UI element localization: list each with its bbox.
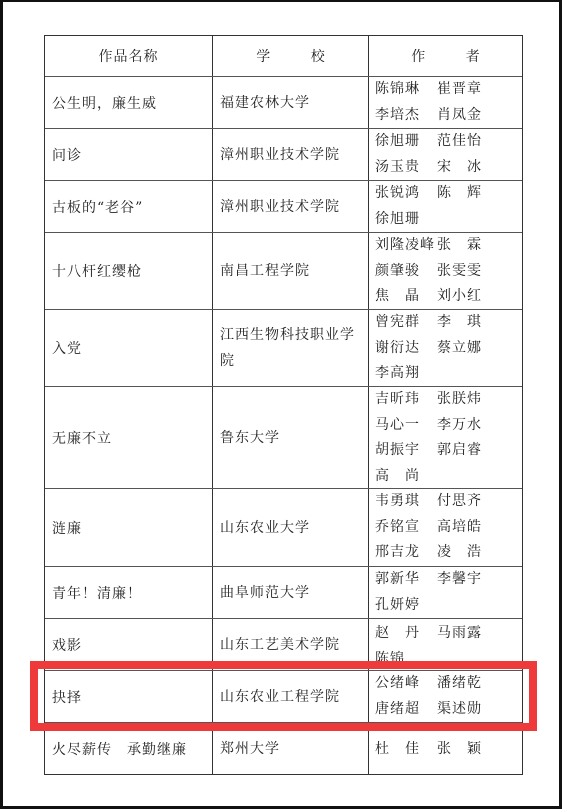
authors-list: 公绪峰潘绪乾唐绪超渠述勋 — [375, 671, 482, 722]
school-name: 山东工艺美术学院 — [220, 632, 360, 658]
author-name: 蔡立娜 — [437, 336, 482, 362]
author-name: 孔妍婷 — [375, 593, 437, 619]
author-name: 范佳怡 — [437, 129, 482, 155]
authors-list: 刘隆凌峰张 霖颜肇骏张雯雯焦 晶刘小红 — [375, 233, 482, 309]
table-row: 入党江西生物科技职业学院曾宪群李 琪谢衍达蔡立娜李高翔 — [45, 309, 522, 386]
school-cell: 山东农业大学 — [213, 489, 369, 566]
author-line: 徐旭珊范佳怡 — [375, 129, 482, 155]
author-name: 谢衍达 — [375, 336, 437, 362]
authors-cell: 陈锦琳崔晋章李培杰肖凤金 — [369, 77, 522, 128]
table-row: 涟廉山东农业大学韦勇琪付思齐乔铭宣高培皓邢吉龙凌 浩 — [45, 488, 522, 566]
author-line: 唐绪超渠述勋 — [375, 697, 482, 723]
author-name: 李万水 — [437, 413, 482, 439]
author-name: 徐旭珊 — [375, 207, 437, 233]
author-name: 汤玉贵 — [375, 155, 437, 181]
author-name: 公绪峰 — [375, 671, 437, 697]
author-line: 陈锦琳崔晋章 — [375, 77, 482, 103]
author-name: 张雯雯 — [437, 259, 482, 285]
work-title-cell: 入党 — [45, 310, 213, 386]
author-name: 高 尚 — [375, 464, 437, 489]
work-title-cell: 涟廉 — [45, 489, 213, 566]
author-name: 杜 佳 — [375, 737, 437, 763]
header-title-label: 作品名称 — [99, 46, 159, 66]
table-row: 青年！清廉！曲阜师范大学郭新华李馨宇孔妍婷 — [45, 566, 522, 618]
school-name: 曲阜师范大学 — [220, 580, 360, 606]
authors-list: 陈锦琳崔晋章李培杰肖凤金 — [375, 77, 482, 128]
authors-cell: 吉昕玮张朕炜马心一李万水胡振宇郭启睿高 尚 — [369, 387, 522, 488]
author-name: 马雨露 — [437, 621, 482, 647]
author-name: 陈锦 — [375, 647, 437, 671]
table-row: 无廉不立鲁东大学吉昕玮张朕炜马心一李万水胡振宇郭启睿高 尚 — [45, 386, 522, 488]
school-name: 江西生物科技职业学院 — [220, 322, 360, 374]
author-name: 张锐鸿 — [375, 181, 437, 207]
author-name: 韦勇琪 — [375, 489, 437, 515]
school-name: 南昌工程学院 — [220, 258, 360, 284]
author-name: 郭新华 — [375, 567, 437, 593]
header-school-label: 学 校 — [256, 46, 342, 66]
work-title-cell: 十八杆红缨枪 — [45, 233, 213, 309]
author-name: 唐绪超 — [375, 697, 437, 723]
table-row: 火尽薪传 承勤继廉郑州大学宋 雨苗 笠杜 佳张 颖 — [45, 722, 522, 774]
author-line: 宋 雨苗 笠 — [375, 723, 482, 737]
authors-cell: 郭新华李馨宇孔妍婷 — [369, 567, 522, 618]
author-line: 焦 晶刘小红 — [375, 284, 482, 309]
work-title-cell: 古板的“老谷” — [45, 181, 213, 232]
author-name: 宋 冰 — [437, 155, 482, 181]
author-name: 刘隆凌峰 — [375, 233, 437, 259]
authors-list: 吉昕玮张朕炜马心一李万水胡振宇郭启睿高 尚 — [375, 387, 482, 488]
work-title: 问诊 — [52, 145, 82, 165]
work-title-cell: 戏影 — [45, 619, 213, 670]
author-line: 高 尚 — [375, 464, 482, 489]
author-name: 张 霖 — [437, 233, 482, 259]
author-name: 邢吉龙 — [375, 540, 437, 566]
author-line: 郭新华李馨宇 — [375, 567, 482, 593]
work-title: 戏影 — [52, 635, 82, 655]
authors-list: 张锐鸿陈 辉徐旭珊 — [375, 181, 482, 232]
work-title: 抉择 — [52, 687, 82, 707]
school-cell: 福建农林大学 — [213, 77, 369, 128]
author-name: 曾宪群 — [375, 310, 437, 336]
author-line: 胡振宇郭启睿 — [375, 438, 482, 464]
author-name: 郭启睿 — [437, 438, 482, 464]
school-name: 山东农业工程学院 — [220, 684, 360, 710]
author-name: 高培皓 — [437, 515, 482, 541]
author-line: 李培杰肖凤金 — [375, 103, 482, 129]
author-name: 颜肇骏 — [375, 259, 437, 285]
author-name: 吉昕玮 — [375, 387, 437, 413]
work-title-cell: 问诊 — [45, 129, 213, 180]
work-title: 无廉不立 — [52, 428, 112, 448]
work-title-cell: 无廉不立 — [45, 387, 213, 488]
work-title: 入党 — [52, 338, 82, 358]
header-authors: 作 者 — [369, 36, 522, 76]
school-name: 漳州职业技术学院 — [220, 142, 360, 168]
authors-cell: 曾宪群李 琪谢衍达蔡立娜李高翔 — [369, 310, 522, 386]
school-cell: 曲阜师范大学 — [213, 567, 369, 618]
school-cell: 鲁东大学 — [213, 387, 369, 488]
table-row: 问诊漳州职业技术学院徐旭珊范佳怡汤玉贵宋 冰 — [45, 128, 522, 180]
award-table: 作品名称 学 校 作 者 公生明，廉生威福建农林大学陈锦琳崔晋章李培杰肖凤金问诊… — [44, 35, 523, 775]
author-name: 胡振宇 — [375, 438, 437, 464]
author-name: 宋 雨 — [375, 723, 437, 737]
table-row: 戏影山东工艺美术学院赵 丹马雨露陈锦 — [45, 618, 522, 670]
work-title-cell: 抉择 — [45, 671, 213, 722]
author-line: 汤玉贵宋 冰 — [375, 155, 482, 181]
author-line: 李高翔 — [375, 361, 482, 386]
table-row: 抉择山东农业工程学院公绪峰潘绪乾唐绪超渠述勋 — [45, 670, 522, 722]
header-authors-label: 作 者 — [411, 46, 497, 66]
work-title-cell: 火尽薪传 承勤继廉 — [45, 723, 213, 774]
author-name: 徐旭珊 — [375, 129, 437, 155]
author-line: 陈锦 — [375, 647, 482, 671]
authors-list: 韦勇琪付思齐乔铭宣高培皓邢吉龙凌 浩 — [375, 489, 482, 566]
author-line: 刘隆凌峰张 霖 — [375, 233, 482, 259]
author-name: 潘绪乾 — [437, 671, 482, 697]
school-cell: 郑州大学 — [213, 723, 369, 774]
author-name: 李培杰 — [375, 103, 437, 129]
author-line: 曾宪群李 琪 — [375, 310, 482, 336]
header-title: 作品名称 — [45, 36, 213, 76]
author-line: 赵 丹马雨露 — [375, 621, 482, 647]
school-name: 山东农业大学 — [220, 515, 360, 541]
authors-cell: 韦勇琪付思齐乔铭宣高培皓邢吉龙凌 浩 — [369, 489, 522, 566]
author-line: 韦勇琪付思齐 — [375, 489, 482, 515]
author-name: 崔晋章 — [437, 77, 482, 103]
work-title: 涟廉 — [52, 518, 82, 538]
work-title: 火尽薪传 承勤继廉 — [52, 739, 187, 759]
author-line: 吉昕玮张朕炜 — [375, 387, 482, 413]
author-line: 公绪峰潘绪乾 — [375, 671, 482, 697]
table-row: 十八杆红缨枪南昌工程学院刘隆凌峰张 霖颜肇骏张雯雯焦 晶刘小红 — [45, 232, 522, 309]
authors-list: 徐旭珊范佳怡汤玉贵宋 冰 — [375, 129, 482, 180]
authors-cell: 徐旭珊范佳怡汤玉贵宋 冰 — [369, 129, 522, 180]
work-title: 古板的“老谷” — [52, 197, 143, 217]
author-name: 陈锦琳 — [375, 77, 437, 103]
author-name: 李 琪 — [437, 310, 482, 336]
author-line: 徐旭珊 — [375, 207, 482, 233]
author-name: 张朕炜 — [437, 387, 482, 413]
school-cell: 漳州职业技术学院 — [213, 181, 369, 232]
author-name: 乔铭宣 — [375, 515, 437, 541]
author-name: 张 颖 — [437, 737, 482, 763]
author-name: 苗 笠 — [437, 723, 482, 737]
authors-cell: 张锐鸿陈 辉徐旭珊 — [369, 181, 522, 232]
author-line: 颜肇骏张雯雯 — [375, 259, 482, 285]
work-title: 公生明，廉生威 — [52, 93, 157, 113]
author-line: 张锐鸿陈 辉 — [375, 181, 482, 207]
author-line: 谢衍达蔡立娜 — [375, 336, 482, 362]
author-name: 凌 浩 — [437, 540, 482, 566]
school-name: 福建农林大学 — [220, 90, 360, 116]
school-cell: 山东工艺美术学院 — [213, 619, 369, 670]
authors-list: 曾宪群李 琪谢衍达蔡立娜李高翔 — [375, 310, 482, 386]
authors-list: 赵 丹马雨露陈锦 — [375, 621, 482, 670]
author-line: 马心一李万水 — [375, 413, 482, 439]
table-row: 公生明，廉生威福建农林大学陈锦琳崔晋章李培杰肖凤金 — [45, 76, 522, 128]
author-name: 肖凤金 — [437, 103, 482, 129]
school-cell: 南昌工程学院 — [213, 233, 369, 309]
author-name: 渠述勋 — [437, 697, 482, 723]
school-name: 漳州职业技术学院 — [220, 194, 360, 220]
author-line: 邢吉龙凌 浩 — [375, 540, 482, 566]
author-line: 乔铭宣高培皓 — [375, 515, 482, 541]
authors-list: 宋 雨苗 笠杜 佳张 颖 — [375, 723, 482, 762]
work-title: 十八杆红缨枪 — [52, 261, 142, 281]
author-line: 孔妍婷 — [375, 593, 482, 619]
school-name: 鲁东大学 — [220, 425, 360, 451]
author-name: 刘小红 — [437, 284, 482, 309]
work-title-cell: 公生明，廉生威 — [45, 77, 213, 128]
school-name: 郑州大学 — [220, 736, 360, 762]
authors-cell: 刘隆凌峰张 霖颜肇骏张雯雯焦 晶刘小红 — [369, 233, 522, 309]
work-title-cell: 青年！清廉！ — [45, 567, 213, 618]
author-name: 李馨宇 — [437, 567, 482, 593]
table-header: 作品名称 学 校 作 者 — [45, 36, 522, 76]
author-name: 焦 晶 — [375, 284, 437, 309]
authors-list: 郭新华李馨宇孔妍婷 — [375, 567, 482, 618]
school-cell: 山东农业工程学院 — [213, 671, 369, 722]
author-line: 杜 佳张 颖 — [375, 737, 482, 763]
authors-cell: 公绪峰潘绪乾唐绪超渠述勋 — [369, 671, 522, 722]
table-row: 古板的“老谷”漳州职业技术学院张锐鸿陈 辉徐旭珊 — [45, 180, 522, 232]
work-title: 青年！清廉！ — [52, 583, 142, 603]
school-cell: 漳州职业技术学院 — [213, 129, 369, 180]
author-name: 李高翔 — [375, 361, 437, 386]
authors-cell: 宋 雨苗 笠杜 佳张 颖 — [369, 723, 522, 774]
author-name: 付思齐 — [437, 489, 482, 515]
header-school: 学 校 — [213, 36, 369, 76]
school-cell: 江西生物科技职业学院 — [213, 310, 369, 386]
author-name: 马心一 — [375, 413, 437, 439]
author-name: 陈 辉 — [437, 181, 482, 207]
author-name: 赵 丹 — [375, 621, 437, 647]
authors-cell: 赵 丹马雨露陈锦 — [369, 619, 522, 670]
